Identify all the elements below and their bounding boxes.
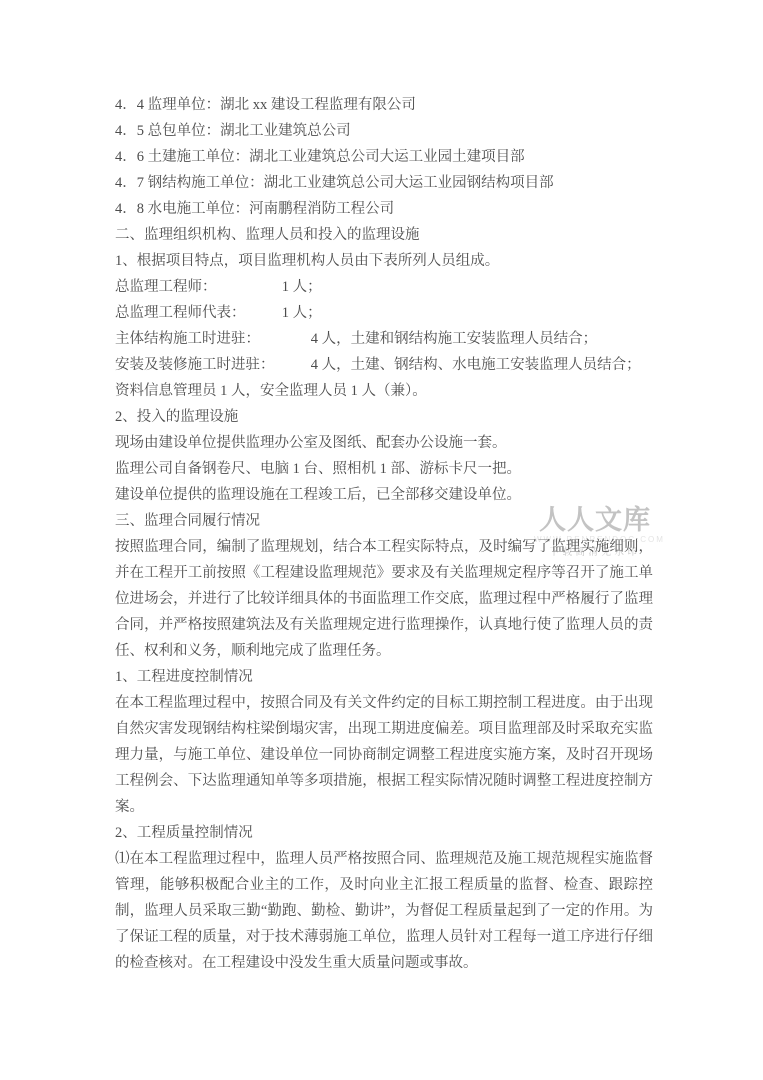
subsection-heading-quality: 2、工程质量控制情况 [115,820,653,846]
section-heading-organization: 二、监理组织机构、监理人员和投入的监理设施 [115,222,653,248]
staffing-line-chief-engineer: 总监理工程师： 1 人； [115,274,653,300]
doc-line: 建设单位提供的监理设施在工程竣工后，已全部移交建设单位。 [115,482,653,508]
document-content: 4．4 监理单位：湖北 xx 建设工程监理有限公司 4．5 总包单位：湖北工业建… [115,92,653,976]
staffing-line-records: 资料信息管理员 1 人，安全监理人员 1 人（兼）。 [115,378,653,404]
list-item-steel-contractor: 4．7 钢结构施工单位：湖北工业建筑总公司大运工业园钢结构项目部 [115,170,653,196]
section-heading-contract: 三、监理合同履行情况 [115,508,653,534]
staffing-line-structure: 主体结构施工时进驻： 4 人，土建和钢结构施工安装监理人员结合； [115,326,653,352]
list-item-mep-contractor: 4．8 水电施工单位：河南鹏程消防工程公司 [115,196,653,222]
doc-line: 1、根据项目特点，项目监理机构人员由下表所列人员组成。 [115,248,653,274]
staffing-line-installation: 安装及装修施工时进驻： 4 人，土建、钢结构、水电施工安装监理人员结合； [115,352,653,378]
document-page: 人人文库 WWW.RENRENDOC.COM 下载高清无水印 4．4 监理单位：… [0,0,763,1080]
list-item-supervision-unit: 4．4 监理单位：湖北 xx 建设工程监理有限公司 [115,92,653,118]
paragraph-schedule-control: 在本工程监理过程中，按照合同及有关文件约定的目标工期控制工程进度。由于出现自然灾… [115,690,653,820]
doc-line: 现场由建设单位提供监理办公室及图纸、配套办公设施一套。 [115,430,653,456]
paragraph-quality-control: ⑴在本工程监理过程中，监理人员严格按照合同、监理规范及施工规范规程实施监督管理，… [115,846,653,976]
subsection-heading-schedule: 1、工程进度控制情况 [115,664,653,690]
list-item-civil-contractor: 4．6 土建施工单位：湖北工业建筑总公司大运工业园土建项目部 [115,144,653,170]
paragraph-contract-performance: 按照监理合同，编制了监理规划，结合本工程实际特点，及时编写了监理实施细则，并在工… [115,534,653,664]
list-item-general-contractor: 4．5 总包单位：湖北工业建筑总公司 [115,118,653,144]
staffing-line-chief-rep: 总监理工程师代表： 1 人； [115,300,653,326]
doc-line: 监理公司自备钢卷尺、电脑 1 台、照相机 1 部、游标卡尺一把。 [115,456,653,482]
subsection-heading-facilities: 2、投入的监理设施 [115,404,653,430]
